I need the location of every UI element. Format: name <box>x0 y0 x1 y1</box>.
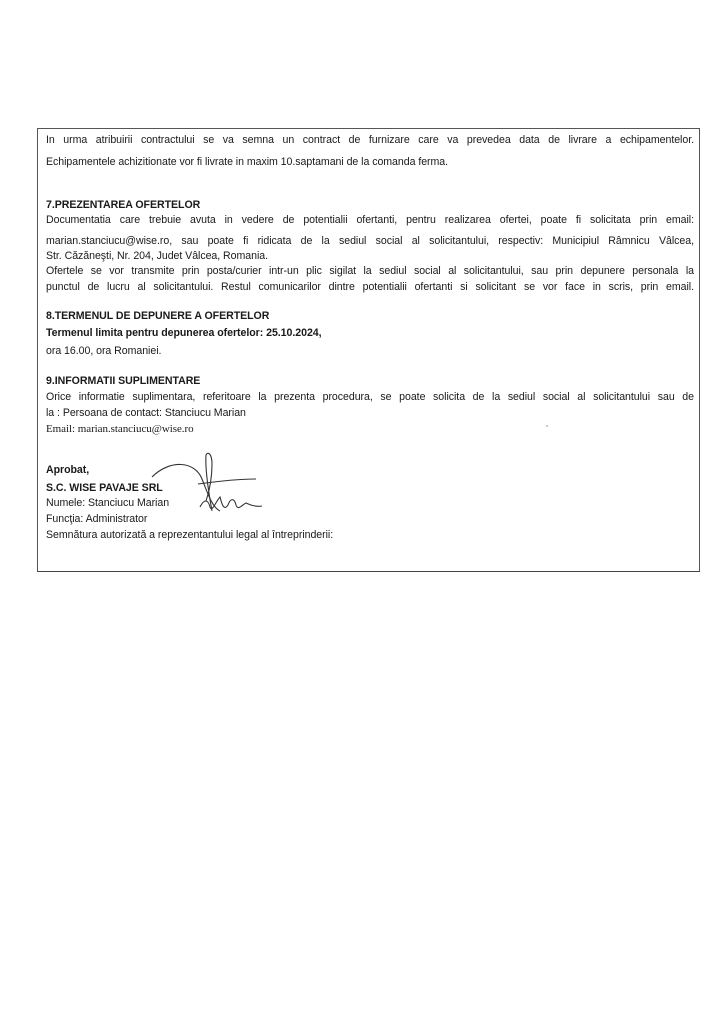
contact-email: Email: marian.stanciucu@wise.ro <box>46 422 694 436</box>
deadline-text: Termenul limita pentru depunerea ofertel… <box>46 326 694 340</box>
section-9-heading: 9.INFORMATII SUPLIMENTARE <box>46 374 694 388</box>
document-frame: In urma atribuirii contractului se va se… <box>37 128 700 572</box>
section-7-line: Documentatia care trebuie avuta in veder… <box>46 213 694 227</box>
section-9-line-1: Orice informatie suplimentara, referitoa… <box>46 390 694 404</box>
section-7-line: Str. Căzăneşti, Nr. 204, Judet Vâlcea, R… <box>46 249 694 263</box>
section-8-heading: 8.TERMENUL DE DEPUNERE A OFERTELOR <box>46 309 694 323</box>
intro-line-2: Echipamentele achizitionate vor fi livra… <box>46 155 694 169</box>
signer-name: Numele: Stanciucu Marian <box>46 496 694 510</box>
section-7-line: Ofertele se vor transmite prin posta/cur… <box>46 264 694 278</box>
approved-label: Aprobat, <box>46 463 694 477</box>
section-7-line: punctul de lucru al solicitantului. Rest… <box>46 280 694 294</box>
company-name: S.C. WISE PAVAJE SRL <box>46 481 694 495</box>
signer-function: Funcţia: Administrator <box>46 512 694 526</box>
section-7-line: marian.stanciucu@wise.ro, sau poate fi r… <box>46 234 694 248</box>
scan-speck <box>546 425 548 427</box>
handwritten-signature-icon <box>150 449 290 529</box>
contact-person: la : Persoana de contact: Stanciucu Mari… <box>46 406 694 420</box>
deadline-time: ora 16.00, ora Romaniei. <box>46 344 694 358</box>
intro-line-1: In urma atribuirii contractului se va se… <box>46 133 694 147</box>
section-7-heading: 7.PREZENTAREA OFERTELOR <box>46 198 694 212</box>
signature-label: Semnătura autorizată a reprezentantului … <box>46 528 694 542</box>
